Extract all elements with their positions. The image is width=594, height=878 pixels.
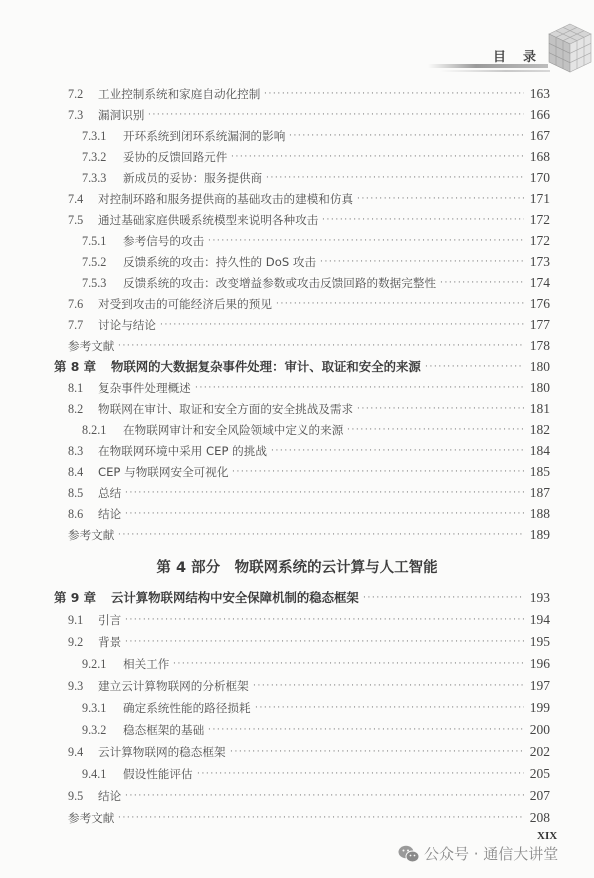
dot-leader: ········································… bbox=[363, 588, 524, 608]
entry-page: 168 bbox=[530, 147, 550, 167]
toc-entry[interactable]: 8.5总结···································… bbox=[0, 483, 594, 503]
toc-entry[interactable]: 8.4CEP 与物联网安全可视化························… bbox=[0, 462, 594, 482]
rubiks-cube-icon bbox=[545, 20, 594, 76]
entry-number: 7.5 bbox=[68, 210, 83, 230]
dot-leader: ········································… bbox=[118, 525, 524, 545]
entry-number: 7.7 bbox=[68, 315, 83, 335]
toc-chapter-entry[interactable]: 第 9 章云计算物联网结构中安全保障机制的稳态框架···············… bbox=[0, 588, 594, 608]
dot-leader: ········································… bbox=[276, 294, 524, 314]
entry-page: 199 bbox=[530, 698, 550, 718]
entry-title: 复杂事件处理概述 bbox=[98, 378, 191, 398]
entry-number: 7.4 bbox=[68, 189, 83, 209]
dot-leader: ········································… bbox=[357, 189, 524, 209]
entry-page: 207 bbox=[530, 786, 550, 806]
entry-number: 8.1 bbox=[68, 378, 83, 398]
entry-page: 196 bbox=[530, 654, 550, 674]
entry-title: 对控制环路和服务提供商的基础攻击的建模和仿真 bbox=[98, 189, 353, 209]
dot-leader: ··························· bbox=[425, 357, 524, 377]
entry-title: 引言 bbox=[98, 610, 121, 630]
entry-title: 云计算物联网结构中安全保障机制的稳态框架 bbox=[111, 588, 359, 608]
toc-entry[interactable]: 7.5.2反馈系统的攻击：持久性的 DoS 攻击················… bbox=[0, 252, 594, 272]
toc-entry[interactable]: 7.7讨论与结论································… bbox=[0, 315, 594, 335]
dot-leader: ········································… bbox=[160, 315, 524, 335]
entry-title: 反馈系统的攻击：持久性的 DoS 攻击 bbox=[123, 252, 316, 272]
entry-page: 188 bbox=[530, 504, 550, 524]
dot-leader: ········································… bbox=[197, 764, 524, 784]
toc-entry[interactable]: 7.5通过基础家庭供暖系统模型来说明各种攻击··················… bbox=[0, 210, 594, 230]
toc-entry[interactable]: 7.2工业控制系统和家庭自动化控制·······················… bbox=[0, 84, 594, 104]
entry-number: 9.3.2 bbox=[82, 720, 106, 740]
entry-number: 8.2.1 bbox=[82, 420, 106, 440]
entry-number: 7.3.3 bbox=[82, 168, 106, 188]
entry-title: 假设性能评估 bbox=[123, 764, 193, 784]
entry-title: 在物联网环境中采用 CEP 的挑战 bbox=[98, 441, 267, 461]
entry-number: 7.3 bbox=[68, 105, 83, 125]
toc-entry[interactable]: 9.2.1相关工作·······························… bbox=[0, 654, 594, 674]
toc-references-entry[interactable]: 参考文献····································… bbox=[0, 808, 594, 828]
entry-title: 建立云计算物联网的分析框架 bbox=[98, 676, 249, 696]
entry-number: 8.2 bbox=[68, 399, 83, 419]
entry-page: 205 bbox=[530, 764, 550, 784]
entry-title: 漏洞识别 bbox=[98, 105, 144, 125]
toc-entry[interactable]: 8.2物联网在审计、取证和安全方面的安全挑战及需求···············… bbox=[0, 399, 594, 419]
dot-leader: ········································… bbox=[208, 720, 524, 740]
entry-title: 妥协的反馈回路元件 bbox=[123, 147, 227, 167]
dot-leader: ······················· bbox=[440, 273, 524, 293]
entry-page: 184 bbox=[530, 441, 550, 461]
toc-entry[interactable]: 9.1引言···································… bbox=[0, 610, 594, 630]
entry-page: 176 bbox=[530, 294, 550, 314]
entry-page: 194 bbox=[530, 610, 550, 630]
dot-leader: ········································… bbox=[231, 147, 524, 167]
dot-leader: ········································… bbox=[118, 808, 524, 828]
page-number: XIX bbox=[537, 830, 557, 842]
toc-entry[interactable]: 7.3.3新成员的妥协：服务提供商·······················… bbox=[0, 168, 594, 188]
entry-number: 9.3.1 bbox=[82, 698, 106, 718]
entry-number: 7.3.2 bbox=[82, 147, 106, 167]
dot-leader: ········································… bbox=[255, 698, 524, 718]
entry-title: 反馈系统的攻击：改变增益参数或攻击反馈回路的数据完整性 bbox=[123, 273, 436, 293]
entry-page: 202 bbox=[530, 742, 550, 762]
toc-entry[interactable]: 8.3在物联网环境中采用 CEP 的挑战····················… bbox=[0, 441, 594, 461]
dot-leader: ········································… bbox=[271, 441, 524, 461]
entry-number: 9.1 bbox=[68, 610, 83, 630]
entry-page: 195 bbox=[530, 632, 550, 652]
entry-page: 185 bbox=[530, 462, 550, 482]
entry-number: 9.2 bbox=[68, 632, 83, 652]
entry-number: 7.5.3 bbox=[82, 273, 106, 293]
entry-title: 对受到攻击的可能经济后果的预见 bbox=[98, 294, 272, 314]
entry-title: 结论 bbox=[98, 786, 121, 806]
entry-number: 9.2.1 bbox=[82, 654, 106, 674]
entry-title: 结论 bbox=[98, 504, 121, 524]
entry-page: 177 bbox=[530, 315, 550, 335]
entry-page: 187 bbox=[530, 483, 550, 503]
entry-page: 170 bbox=[530, 168, 550, 188]
toc-entry[interactable]: 9.4云计算物联网的稳态框架··························… bbox=[0, 742, 594, 762]
entry-number: 8.3 bbox=[68, 441, 83, 461]
toc-entry[interactable]: 9.4.1假设性能评估·····························… bbox=[0, 764, 594, 784]
entry-number: 第 9 章 bbox=[54, 588, 96, 608]
entry-page: 163 bbox=[530, 84, 550, 104]
toc-entry[interactable]: 9.5结论···································… bbox=[0, 786, 594, 806]
dot-leader: ········································… bbox=[322, 210, 524, 230]
entry-page: 171 bbox=[530, 189, 550, 209]
entry-page: 173 bbox=[530, 252, 550, 272]
entry-number: 7.3.1 bbox=[82, 126, 106, 146]
entry-title: CEP 与物联网安全可视化 bbox=[98, 462, 228, 482]
toc-entry[interactable]: 9.2背景···································… bbox=[0, 632, 594, 652]
entry-title: 云计算物联网的稳态框架 bbox=[98, 742, 226, 762]
entry-title: 通过基础家庭供暖系统模型来说明各种攻击 bbox=[98, 210, 318, 230]
dot-leader: ········································… bbox=[148, 105, 524, 125]
entry-page: 200 bbox=[530, 720, 550, 740]
header-title: 目录 bbox=[493, 46, 553, 65]
toc-entry[interactable]: 7.4对控制环路和服务提供商的基础攻击的建模和仿真···············… bbox=[0, 189, 594, 209]
entry-title: 确定系统性能的路径损耗 bbox=[123, 698, 251, 718]
toc-entry[interactable]: 8.1复杂事件处理概述·····························… bbox=[0, 378, 594, 398]
dot-leader: ········································… bbox=[320, 252, 524, 272]
dot-leader: ········································… bbox=[173, 654, 524, 674]
toc-entry[interactable]: 7.5.1参考信号的攻击····························… bbox=[0, 231, 594, 251]
toc-entry[interactable]: 8.2.1在物联网审计和安全风险领域中定义的来源················… bbox=[0, 420, 594, 440]
toc-references-entry[interactable]: 参考文献····································… bbox=[0, 336, 594, 356]
entry-number: 8.4 bbox=[68, 462, 83, 482]
entry-title: 讨论与结论 bbox=[98, 315, 156, 335]
dot-leader: ········································… bbox=[289, 126, 524, 146]
header-rule bbox=[428, 64, 548, 68]
entry-page: 180 bbox=[530, 378, 550, 398]
entry-number: 7.5.1 bbox=[82, 231, 106, 251]
entry-title: 工业控制系统和家庭自动化控制 bbox=[98, 84, 260, 104]
toc-references-entry[interactable]: 参考文献····································… bbox=[0, 525, 594, 545]
dot-leader: ········································… bbox=[264, 84, 524, 104]
entry-title: 背景 bbox=[98, 632, 121, 652]
entry-title: 总结 bbox=[98, 483, 121, 503]
entry-title: 新成员的妥协：服务提供商 bbox=[123, 168, 262, 188]
entry-page: 172 bbox=[530, 210, 550, 230]
entry-number: 9.4.1 bbox=[82, 764, 106, 784]
entry-number: 7.2 bbox=[68, 84, 83, 104]
entry-number: 9.4 bbox=[68, 742, 83, 762]
entry-page: 208 bbox=[530, 808, 550, 828]
entry-page: 172 bbox=[530, 231, 550, 251]
entry-number: 9.5 bbox=[68, 786, 83, 806]
entry-title: 参考文献 bbox=[68, 808, 114, 828]
dot-leader: ········································… bbox=[347, 420, 524, 440]
dot-leader: ········································… bbox=[230, 742, 524, 762]
entry-page: 180 bbox=[530, 357, 550, 377]
wechat-icon bbox=[398, 845, 420, 863]
entry-number: 第 8 章 bbox=[54, 357, 96, 377]
toc-entry[interactable]: 7.6对受到攻击的可能经济后果的预见······················… bbox=[0, 294, 594, 314]
watermark: 公众号 · 通信大讲堂 bbox=[398, 843, 558, 864]
dot-leader: ········································… bbox=[253, 676, 524, 696]
dot-leader: ········································… bbox=[125, 786, 524, 806]
entry-title: 在物联网审计和安全风险领域中定义的来源 bbox=[123, 420, 343, 440]
entry-title: 相关工作 bbox=[123, 654, 169, 674]
dot-leader: ········································… bbox=[125, 504, 524, 524]
entry-page: 182 bbox=[530, 420, 550, 440]
dot-leader: ········································… bbox=[125, 483, 524, 503]
entry-page: 178 bbox=[530, 336, 550, 356]
entry-title: 参考文献 bbox=[68, 336, 114, 356]
toc-entry[interactable]: 7.3.1开环系统到闭环系统漏洞的影响·····················… bbox=[0, 126, 594, 146]
entry-title: 参考文献 bbox=[68, 525, 114, 545]
entry-page: 166 bbox=[530, 105, 550, 125]
dot-leader: ········································… bbox=[357, 399, 524, 419]
dot-leader: ········································… bbox=[118, 336, 524, 356]
dot-leader: ········································… bbox=[195, 378, 524, 398]
dot-leader: ········································… bbox=[232, 462, 524, 482]
entry-number: 8.6 bbox=[68, 504, 83, 524]
entry-number: 7.6 bbox=[68, 294, 83, 314]
entry-number: 9.3 bbox=[68, 676, 83, 696]
toc-entry[interactable]: 7.5.3反馈系统的攻击：改变增益参数或攻击反馈回路的数据完整性········… bbox=[0, 273, 594, 293]
page-header: 目录 bbox=[0, 0, 594, 80]
part-heading: 第 4 部分 物联网系统的云计算与人工智能 bbox=[0, 556, 594, 577]
toc-entry[interactable]: 9.3.2稳态框架的基础····························… bbox=[0, 720, 594, 740]
entry-page: 197 bbox=[530, 676, 550, 696]
toc-entry[interactable]: 9.3建立云计算物联网的分析框架························… bbox=[0, 676, 594, 696]
toc-entry[interactable]: 8.6结论···································… bbox=[0, 504, 594, 524]
entry-title: 稳态框架的基础 bbox=[123, 720, 204, 740]
toc-entry[interactable]: 7.3漏洞识别·································… bbox=[0, 105, 594, 125]
entry-page: 189 bbox=[530, 525, 550, 545]
toc-entry[interactable]: 7.3.2妥协的反馈回路元件··························… bbox=[0, 147, 594, 167]
entry-page: 174 bbox=[530, 273, 550, 293]
toc-chapter-entry[interactable]: 第 8 章物联网的大数据复杂事件处理：审计、取证和安全的来源··········… bbox=[0, 357, 594, 377]
entry-page: 167 bbox=[530, 126, 550, 146]
dot-leader: ········································… bbox=[266, 168, 524, 188]
header-rule-secondary bbox=[440, 70, 550, 72]
entry-number: 7.5.2 bbox=[82, 252, 106, 272]
entry-title: 参考信号的攻击 bbox=[123, 231, 204, 251]
dot-leader: ········································… bbox=[125, 610, 524, 630]
entry-number: 8.5 bbox=[68, 483, 83, 503]
entry-page: 181 bbox=[530, 399, 550, 419]
entry-title: 开环系统到闭环系统漏洞的影响 bbox=[123, 126, 285, 146]
entry-title: 物联网在审计、取证和安全方面的安全挑战及需求 bbox=[98, 399, 353, 419]
entry-page: 193 bbox=[530, 588, 550, 608]
watermark-text: 公众号 · 通信大讲堂 bbox=[424, 843, 558, 864]
toc-entry[interactable]: 9.3.1确定系统性能的路径损耗························… bbox=[0, 698, 594, 718]
dot-leader: ········································… bbox=[125, 632, 524, 652]
dot-leader: ········································… bbox=[208, 231, 524, 251]
entry-title: 物联网的大数据复杂事件处理：审计、取证和安全的来源 bbox=[111, 357, 421, 377]
